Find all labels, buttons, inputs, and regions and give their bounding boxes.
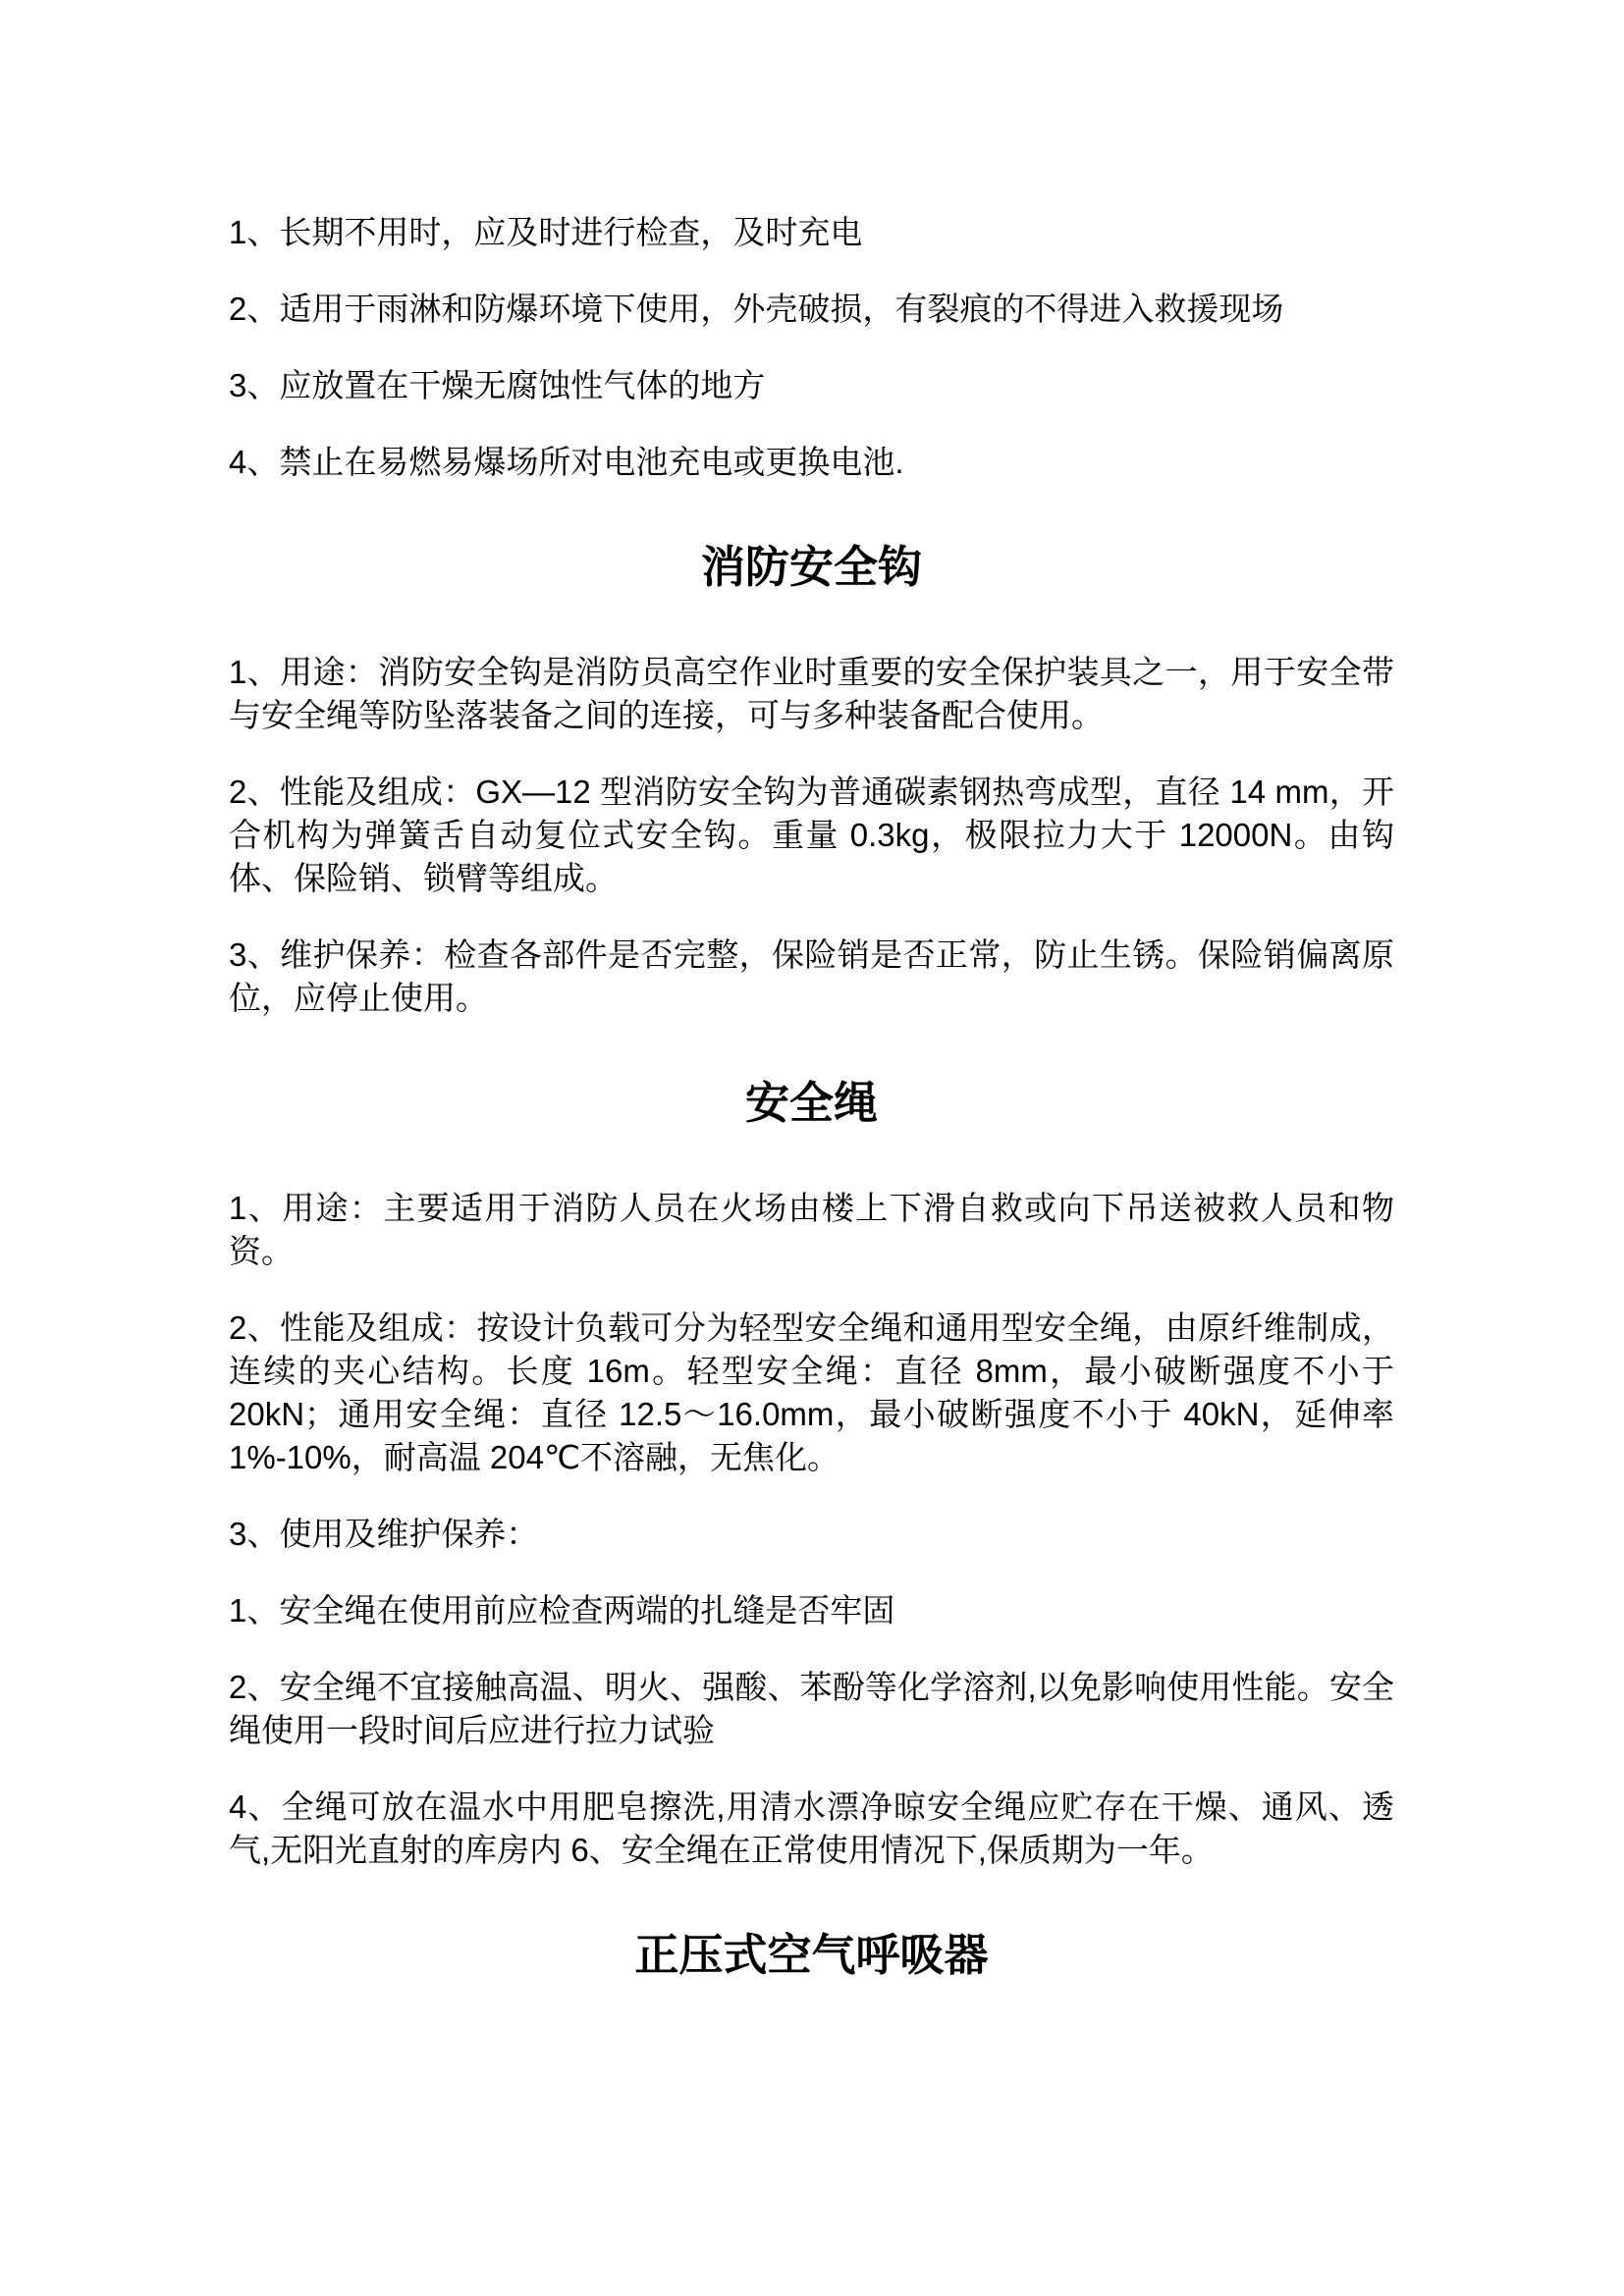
heading-positive-pressure-scba: 正压式空气呼吸器 xyxy=(229,1923,1394,1988)
document-content: 1、长期不用时，应及时进行检查，及时充电 2、适用于雨淋和防爆环境下使用，外壳破… xyxy=(0,0,1624,1988)
safety-rope-usage-item-4: 4、全绳可放在温水中用肥皂擦洗,用清水漂净晾安全绳应贮存在干燥、通风、透气,无阳… xyxy=(229,1786,1394,1872)
safety-rope-paragraph-3: 3、使用及维护保养： xyxy=(229,1513,1394,1556)
intro-list-item-1: 1、长期不用时，应及时进行检查，及时充电 xyxy=(229,211,1394,254)
intro-list-item-2: 2、适用于雨淋和防爆环境下使用，外壳破损，有裂痕的不得进入救援现场 xyxy=(229,288,1394,331)
safety-rope-paragraph-2: 2、性能及组成：按设计负载可分为轻型安全绳和通用型安全绳，由原纤维制成，连续的夹… xyxy=(229,1307,1394,1479)
fire-safety-hook-paragraph-3: 3、维护保养：检查各部件是否完整，保险销是否正常，防止生锈。保险销偏离原位，应停… xyxy=(229,934,1394,1020)
heading-fire-safety-hook: 消防安全钩 xyxy=(229,535,1394,600)
heading-safety-rope: 安全绳 xyxy=(229,1071,1394,1136)
safety-rope-usage-item-1: 1、安全绳在使用前应检查两端的扎缝是否牢固 xyxy=(229,1589,1394,1632)
fire-safety-hook-paragraph-2: 2、性能及组成：GX—12 型消防安全钩为普通碳素钢热弯成型，直径 14 mm，… xyxy=(229,771,1394,900)
safety-rope-usage-item-2: 2、安全绳不宜接触高温、明火、强酸、苯酚等化学溶剂,以免影响使用性能。安全绳使用… xyxy=(229,1666,1394,1752)
document-page: 1、长期不用时，应及时进行检查，及时充电 2、适用于雨淋和防爆环境下使用，外壳破… xyxy=(0,0,1624,2296)
intro-list-item-3: 3、应放置在干燥无腐蚀性气体的地方 xyxy=(229,364,1394,407)
fire-safety-hook-paragraph-1: 1、用途：消防安全钩是消防员高空作业时重要的安全保护装具之一，用于安全带与安全绳… xyxy=(229,651,1394,737)
intro-list-item-4: 4、禁止在易燃易爆场所对电池充电或更换电池. xyxy=(229,441,1394,484)
safety-rope-paragraph-1: 1、用途：主要适用于消防人员在火场由楼上下滑自救或向下吊送被救人员和物资。 xyxy=(229,1187,1394,1273)
